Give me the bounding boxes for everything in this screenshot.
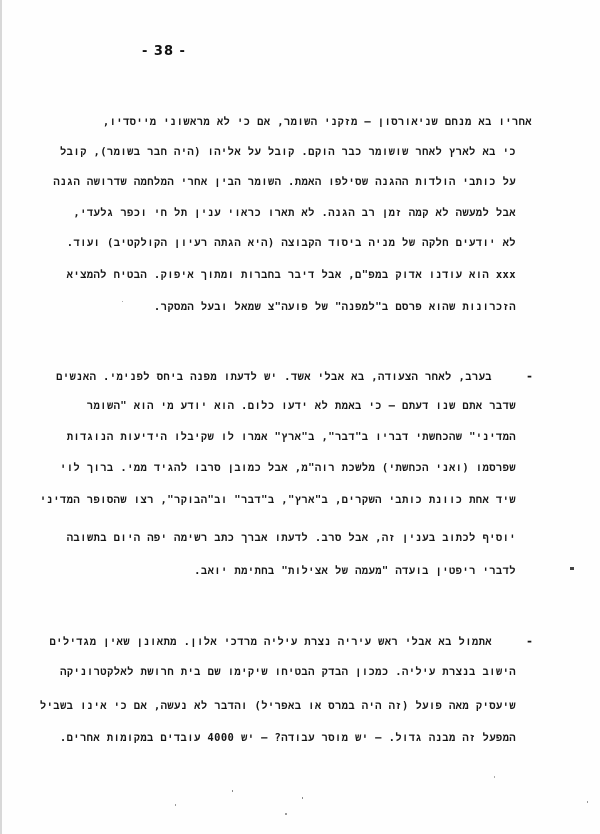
page-number: - 38 - (142, 44, 186, 59)
text-line: אבל למעשה לא קמה זמן רב הגנה. לא תארו כר… (73, 207, 516, 220)
scan-speck (122, 301, 123, 302)
paragraph-dash: - (527, 634, 532, 648)
text-line: על כותבי הולדות ההגנה שסילפו האמת. השומר… (53, 176, 516, 189)
text-line: שיעסיק מאה פועל (זה היה במרס או באפריל) … (40, 700, 516, 713)
scan-speck (570, 567, 574, 570)
text-line: שפרסמו (ואני הכחשתי) מלשכת רוה"מ, אבל כמ… (60, 462, 516, 475)
scan-speck (232, 790, 233, 792)
text-line: יוסיף לכתוב בענין זה, אבל סרב. לדעתו אבר… (67, 532, 516, 545)
scan-speck (175, 804, 176, 806)
text-line: שדבר אתם שנו דעתם – כי באמת לא ידעו כלום… (87, 400, 516, 413)
text-line: המדיני" שהכחשתי דבריו ב"דבר", ב"ארץ" אמר… (67, 431, 516, 444)
text-line: לדברי ריפטין בועדה "מעמה של אצילות" בחתי… (194, 565, 516, 578)
text-line: הזכרונות שהוא פרסם ב"למפנה" של פועה"צ שמ… (154, 301, 516, 314)
paragraph-dash: - (527, 369, 532, 383)
scan-speck (285, 813, 287, 815)
text-line: כי בא לארץ לאחר שושומר כבר הוקם. קובל על… (60, 146, 516, 159)
typewritten-document-page: - 38 - אחריו בא מנחם שניאורסון – מזקני ה… (0, 0, 600, 834)
text-line: xxx הוא עודנו אדוק במפ"ם, אבל דיבר בחברו… (67, 269, 516, 282)
text-line: הישוב בנצרת עיליה. כמכון הבדק הבטיחו שיק… (60, 666, 516, 679)
text-line: לא יודעים חלקה של מניה ביסוד הקבוצה (היא… (67, 237, 516, 250)
text-line: אחריו בא מנחם שניאורסון – מזקני השומר, א… (103, 116, 532, 129)
text-line: אתמול בא אבלי ראש עיריה נצרת עיליה מרדכי… (49, 636, 492, 649)
text-line: שיד אחת כוונת כותבי השקרים, ב"ארץ", ב"דב… (40, 494, 516, 507)
scan-speck (587, 801, 588, 803)
scan-speck (494, 776, 495, 778)
text-line: המפעל זה מבנה גדול. – יש מוסר עבודה? – י… (60, 732, 516, 745)
text-line: בערב, לאחר הצעודה, בא אבלי אשד. יש לדעתו… (56, 371, 492, 384)
scan-speck (302, 797, 303, 799)
